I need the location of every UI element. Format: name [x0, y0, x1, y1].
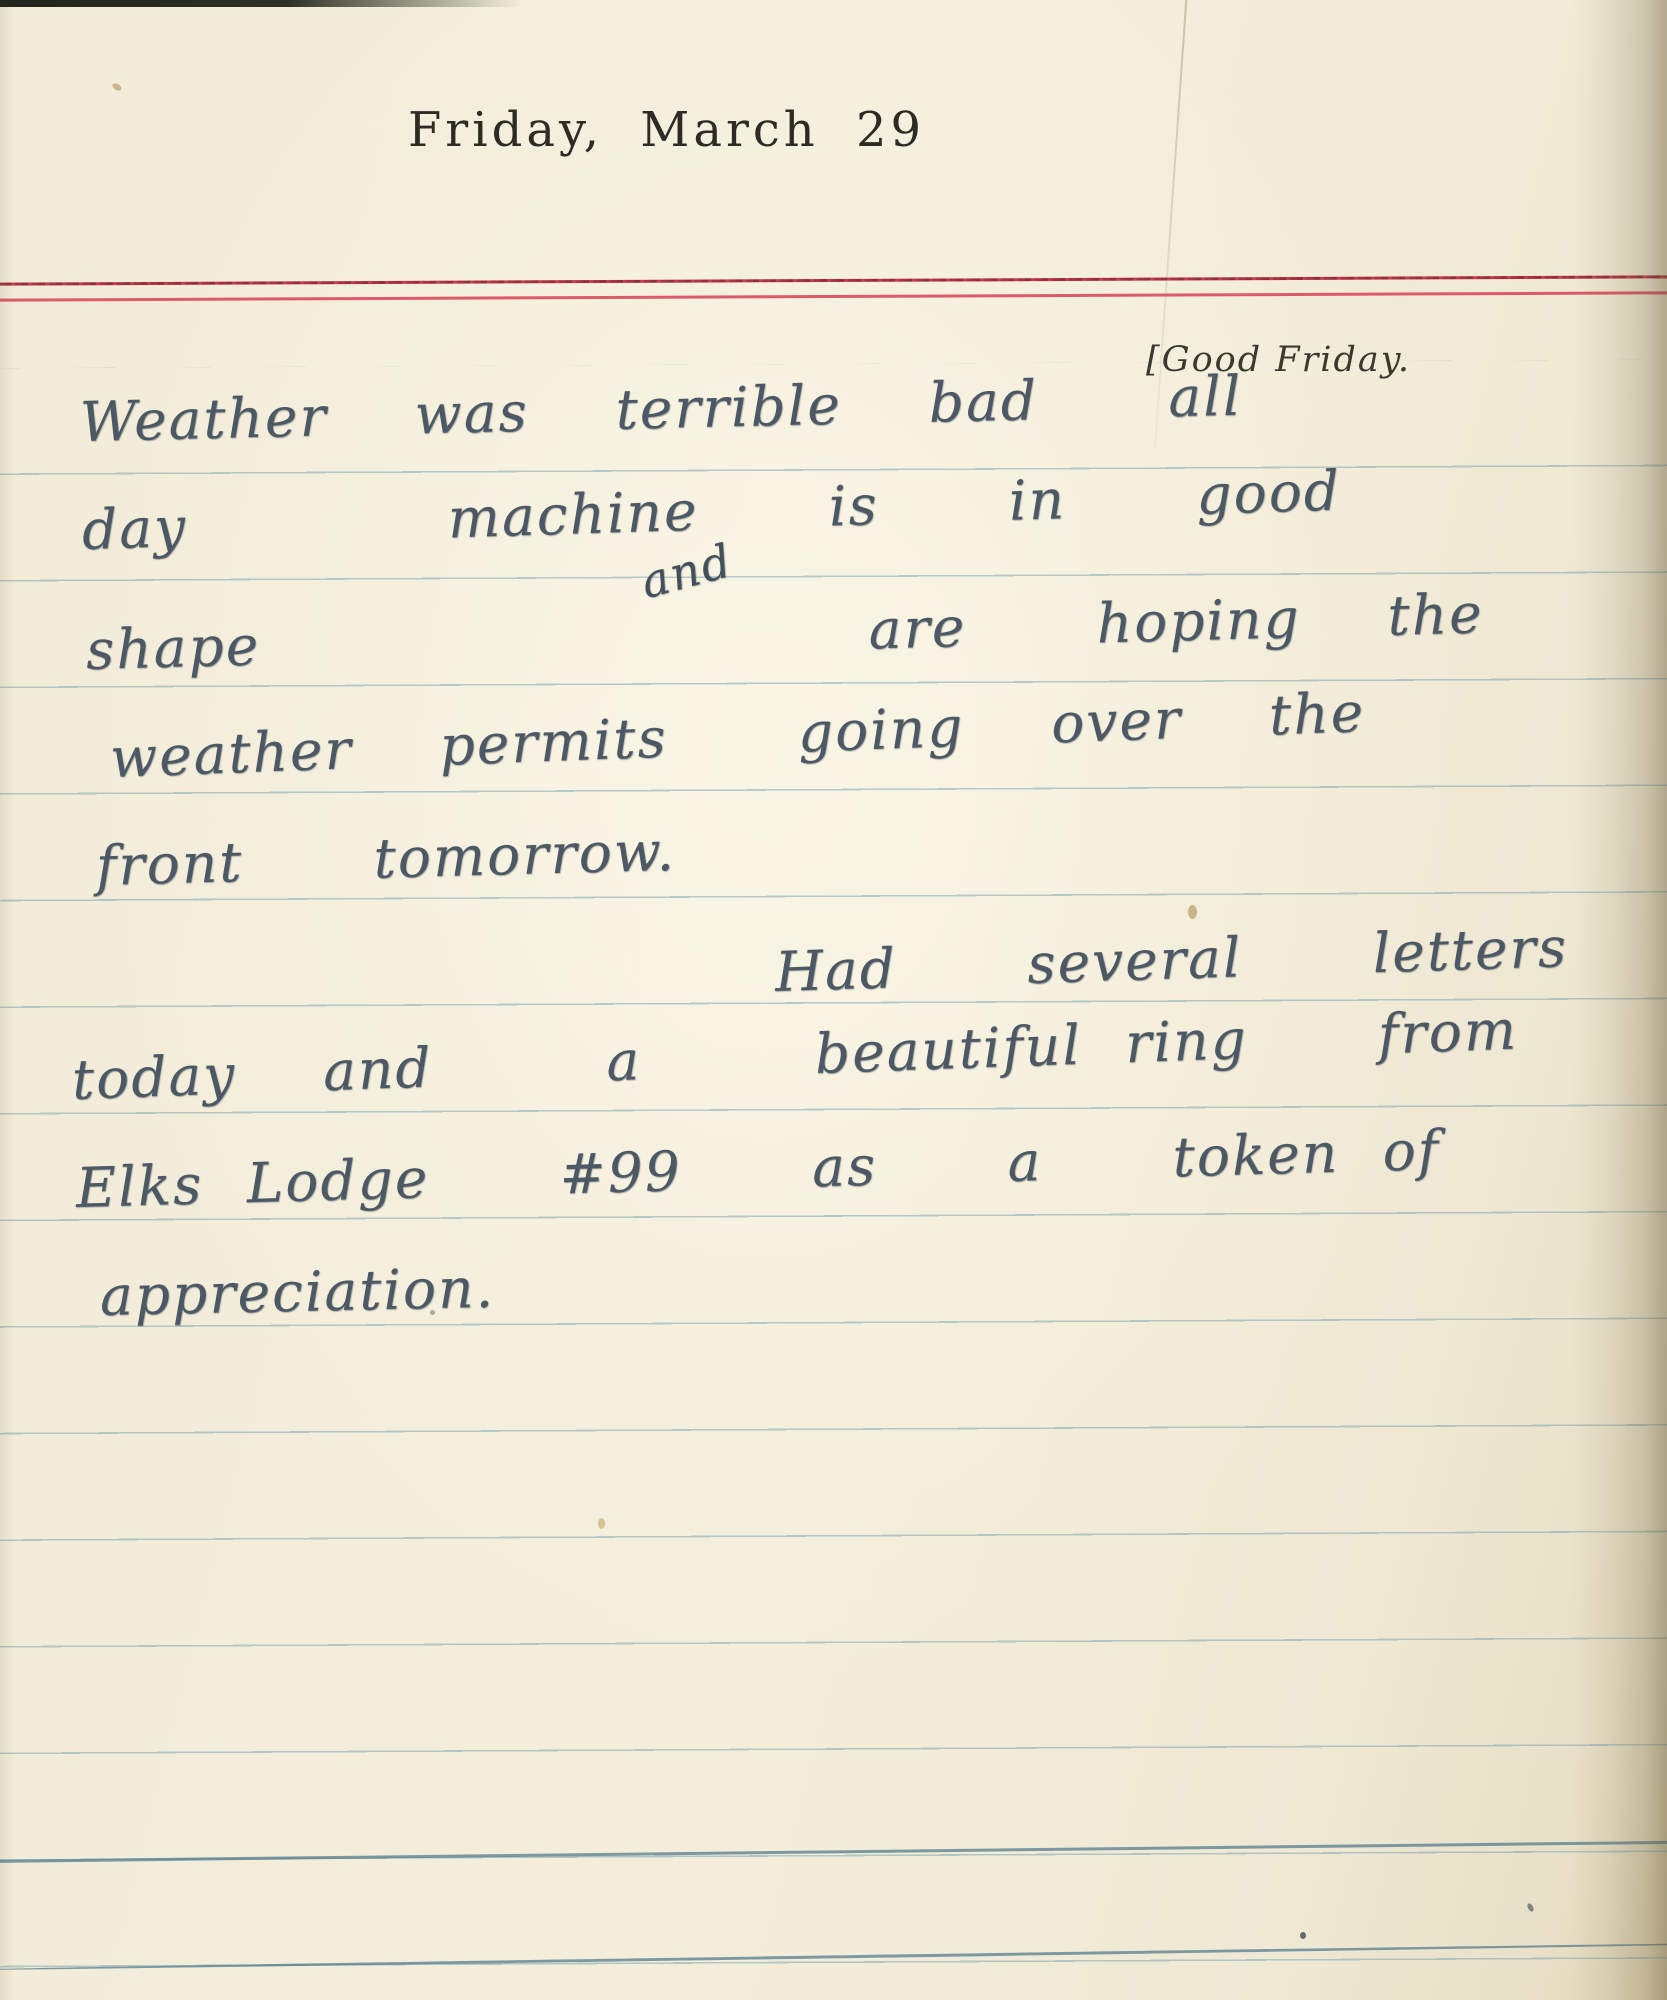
date-heading: Friday, March 29: [408, 102, 925, 158]
handwriting-line-9: appreciation.: [99, 1256, 495, 1328]
paper-speck: [111, 82, 123, 93]
red-header-rule-top: [0, 275, 1667, 286]
ink-speck: [1300, 1932, 1306, 1939]
ink-speck: [430, 1310, 435, 1315]
left-edge-shade: [0, 0, 16, 2000]
red-header-rule-bottom: [0, 291, 1667, 301]
scan-edge-strip: [0, 0, 520, 7]
paper-speck: [598, 1518, 605, 1529]
paper-speck: [1188, 905, 1197, 919]
diary-page-scan: Friday, March 29 [Good Friday. Weather w…: [0, 0, 1667, 2000]
page-curl-shadow: [1572, 0, 1667, 2000]
